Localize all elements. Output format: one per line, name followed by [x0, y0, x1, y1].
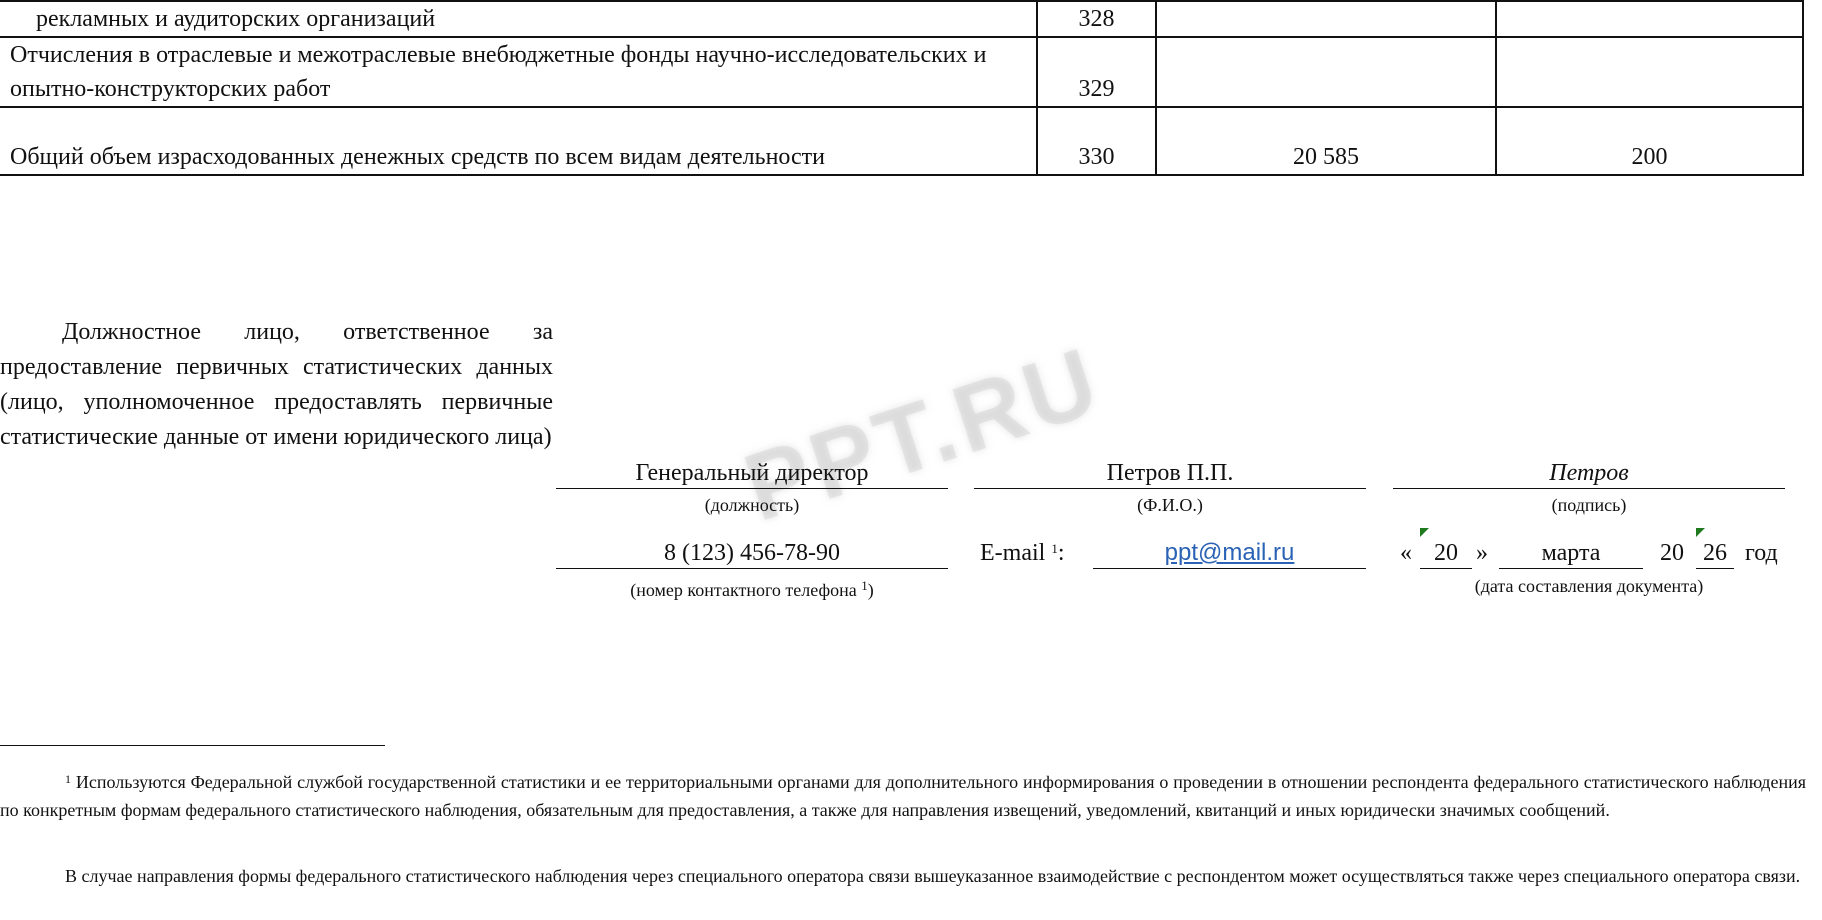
date-open-quote: « — [1400, 538, 1412, 568]
email-label-text: E-mail — [980, 540, 1051, 566]
phone-caption-end: ) — [868, 580, 874, 600]
footnote-marker: 1 — [65, 772, 71, 786]
date-caption: (дата составления документа) — [1393, 575, 1785, 597]
expenses-table: рекламных и аудиторских организаций 328 … — [0, 0, 1804, 176]
footnote-separator — [0, 745, 385, 746]
email-colon: : — [1058, 540, 1065, 566]
footnote-ref[interactable]: 1 — [1051, 541, 1058, 556]
footnote-text: Используются Федеральной службой государ… — [0, 772, 1806, 820]
footnote-2: В случае направления формы федерального … — [0, 862, 1806, 890]
row-value-1[interactable]: 20 585 — [1156, 107, 1496, 175]
row-value-2[interactable] — [1496, 37, 1803, 107]
row-label: рекламных и аудиторских организаций — [0, 1, 1037, 37]
responsible-official-label: Должностное лицо, ответственное за предо… — [0, 315, 553, 455]
table-row: Общий объем израсходованных денежных сре… — [0, 107, 1803, 175]
phone-caption: (номер контактного телефона 1) — [556, 579, 948, 601]
phone-field[interactable]: 8 (123) 456-78-90 — [556, 538, 948, 569]
row-code: 329 — [1037, 37, 1156, 107]
official-text: Должностное лицо, ответственное за предо… — [0, 315, 553, 455]
position-field[interactable]: Генеральный директор — [556, 458, 948, 489]
table-row: рекламных и аудиторских организаций 328 — [0, 1, 1803, 37]
row-value-1[interactable] — [1156, 37, 1496, 107]
table-row: Отчисления в отраслевые и межотраслевые … — [0, 37, 1803, 107]
row-label: Общий объем израсходованных денежных сре… — [0, 107, 1037, 175]
footnote-text: В случае направления формы федерального … — [65, 866, 1800, 886]
email-label: E-mail 1: — [980, 538, 1064, 568]
date-day-field[interactable]: 20 — [1420, 538, 1472, 569]
date-year-prefix: 20 — [1660, 538, 1684, 568]
date-year-field[interactable]: 26 — [1696, 538, 1734, 569]
row-label: Отчисления в отраслевые и межотраслевые … — [0, 37, 1037, 107]
position-caption: (должность) — [556, 494, 948, 516]
fio-field[interactable]: Петров П.П. — [974, 458, 1366, 489]
email-field[interactable]: ppt@mail.ru — [1093, 538, 1366, 569]
date-month-field[interactable]: марта — [1499, 538, 1643, 569]
row-value-2[interactable] — [1496, 1, 1803, 37]
row-value-2[interactable]: 200 — [1496, 107, 1803, 175]
comment-marker-icon[interactable] — [1420, 528, 1429, 537]
phone-caption-text: (номер контактного телефона — [630, 580, 861, 600]
date-year-word: год — [1745, 538, 1778, 568]
signature-field[interactable]: Петров — [1393, 458, 1785, 489]
fio-caption: (Ф.И.О.) — [974, 494, 1366, 516]
comment-marker-icon[interactable] — [1696, 528, 1705, 537]
row-value-1[interactable] — [1156, 1, 1496, 37]
date-close-quote: » — [1476, 538, 1488, 568]
signature-caption: (подпись) — [1393, 494, 1785, 516]
email-link[interactable]: ppt@mail.ru — [1165, 539, 1295, 566]
footnote-ref[interactable]: 1 — [861, 578, 868, 593]
row-code: 328 — [1037, 1, 1156, 37]
footnote-1: 1 Используются Федеральной службой госуд… — [0, 768, 1806, 824]
row-code: 330 — [1037, 107, 1156, 175]
